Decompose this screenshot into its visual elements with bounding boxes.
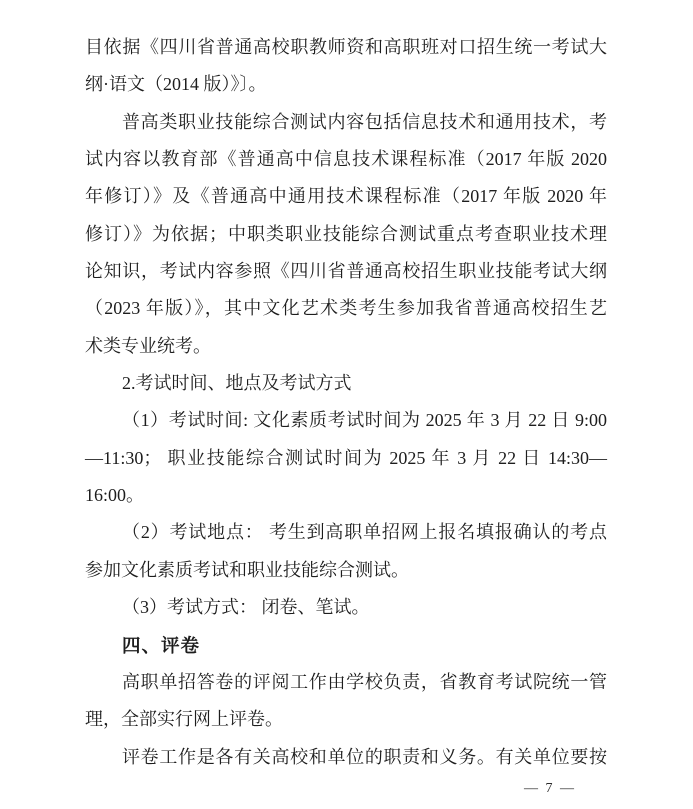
text-line: （2）考试地点： 考生到高职单招网上报名填报确认的考点 — [85, 514, 607, 551]
text-line: 术类专业统考。 — [85, 328, 607, 365]
section-heading: 四、评卷 — [85, 627, 607, 664]
text-line: 参加文化素质考试和职业技能综合测试。 — [85, 552, 607, 589]
document-body: 目依据《四川省普通高校职教师资和高职班对口招生统一考试大 纲·语文（2014 版… — [85, 29, 607, 776]
text-line: 评卷工作是各有关高校和单位的职责和义务。有关单位要按 — [85, 739, 607, 776]
text-line: （2023 年版）》，其中文化艺术类考生参加我省普通高校招生艺 — [85, 290, 607, 327]
text-line: 纲·语文（2014 版）》〕。 — [85, 66, 607, 103]
text-line: 试内容以教育部《普通高中信息技术课程标准（2017 年版 2020 — [85, 141, 607, 178]
text-line: —11:30； 职业技能综合测试时间为 2025 年 3 月 22 日 14:3… — [85, 440, 607, 477]
subsection-title: 2.考试时间、地点及考试方式 — [85, 365, 607, 402]
text-line: 普高类职业技能综合测试内容包括信息技术和通用技术，考 — [85, 104, 607, 141]
text-line: 高职单招答卷的评阅工作由学校负责，省教育考试院统一管 — [85, 664, 607, 701]
text-line: 修订）》为依据；中职类职业技能综合测试重点考查职业技术理 — [85, 216, 607, 253]
text-line: 理，全部实行网上评卷。 — [85, 701, 607, 738]
text-line: 目依据《四川省普通高校职教师资和高职班对口招生统一考试大 — [85, 29, 607, 66]
text-line: 16:00。 — [85, 477, 607, 514]
text-line: 论知识，考试内容参照《四川省普通高校招生职业技能考试大纲 — [85, 253, 607, 290]
text-line: （3）考试方式： 闭卷、笔试。 — [85, 589, 607, 626]
text-line: （1）考试时间: 文化素质考试时间为 2025 年 3 月 22 日 9:00 — [85, 402, 607, 439]
document-page: 目依据《四川省普通高校职教师资和高职班对口招生统一考试大 纲·语文（2014 版… — [0, 0, 693, 809]
text-line: 年修订）》及《普通高中通用技术课程标准（2017 年版 2020 年 — [85, 178, 607, 215]
page-number: — 7 — — [524, 778, 576, 800]
